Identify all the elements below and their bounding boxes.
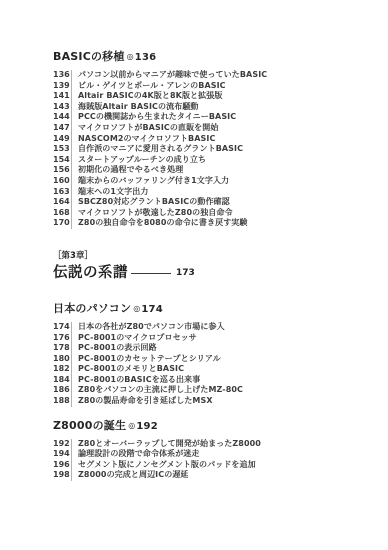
entry-divider (71, 155, 72, 166)
section-entries: 174 日本の各社がZ80でパソコン市場に参入 176 PC-8001のマイクロ… (53, 322, 358, 407)
toc-entry-page: 156 (53, 165, 66, 176)
toc-entry: 149 NASCOM2のマイクロソフトBASIC (53, 134, 358, 145)
entry-divider (71, 364, 72, 375)
toc-entry-title: 日本の各社がZ80でパソコン市場に参入 (78, 322, 225, 333)
entry-divider (71, 112, 72, 123)
toc-entry-page: 147 (53, 123, 66, 134)
section-title: Z8000の誕生 (53, 419, 126, 433)
section-page-marker-icon: ◎ (127, 50, 134, 64)
toc-entry-page: 139 (53, 81, 66, 92)
entry-divider (71, 70, 72, 81)
section-page-marker-icon: ◎ (133, 302, 140, 316)
toc-entry-page: 144 (53, 112, 66, 123)
section-heading: Z8000の誕生 ◎ 192 (53, 419, 358, 434)
toc-entry: 196 セグメント版にノンセグメント版のパッドを追加 (53, 460, 358, 471)
toc-entry-title: Z8000の完成と周辺ICの遅延 (78, 470, 189, 481)
toc-entry-title: 初期化の過程でやるべき処理 (78, 165, 183, 176)
toc-entry-page: 154 (53, 155, 66, 166)
toc-entry-title: マイクロソフトが敬遠したZ80の独自命令 (78, 208, 233, 219)
section-heading: BASICの移植 ◎ 136 (53, 50, 358, 65)
toc-entry-page: 160 (53, 176, 66, 187)
toc-entry: 144 PCCの機関誌から生まれたタイニーBASIC (53, 112, 358, 123)
toc-entry-page: 198 (53, 470, 66, 481)
toc-entry: 174 日本の各社がZ80でパソコン市場に参入 (53, 322, 358, 333)
section-title: 日本のパソコン (53, 302, 131, 316)
toc-entry-title: 自作派のマニアに愛用されるグラントBASIC (78, 144, 243, 155)
toc-entry: 136 パソコン以前からマニアが趣味で使っていたBASIC (53, 70, 358, 81)
toc-entry-title: 端末からのバッファリング付き1文字入力 (78, 176, 229, 187)
toc-entry-title: Z80をパソコンの主流に押し上げたMZ-80C (78, 385, 243, 396)
toc-entry-title: パソコン以前からマニアが趣味で使っていたBASIC (78, 70, 267, 81)
toc-entry-page: 180 (53, 354, 66, 365)
toc-entry-page: 184 (53, 375, 66, 386)
entry-divider (71, 123, 72, 134)
toc-entry-page: 186 (53, 385, 66, 396)
entry-divider (71, 197, 72, 208)
toc-entry-page: 164 (53, 197, 66, 208)
toc-entry-title: PC-8001のBASICを巡る出来事 (78, 375, 200, 386)
entry-divider (71, 449, 72, 460)
toc-entry: 164 SBCZ80対応グラントBASICの動作確認 (53, 197, 358, 208)
toc-entry: 141 Altair BASICの4K版と8K版と拡張版 (53, 91, 358, 102)
entry-divider (71, 343, 72, 354)
toc-entry-page: 168 (53, 208, 66, 219)
entry-divider (71, 385, 72, 396)
toc-entry-page: 188 (53, 396, 66, 407)
entry-divider (71, 460, 72, 471)
toc-entry: 156 初期化の過程でやるべき処理 (53, 165, 358, 176)
chapter-number-label: ［第3章］ (53, 251, 358, 262)
toc-entry-page: 149 (53, 134, 66, 145)
entry-divider (71, 218, 72, 229)
leader-rule (131, 273, 171, 274)
toc-entry-title: Z80の独自命令を8080の命令に書き戻す実験 (78, 218, 248, 229)
section-heading: 日本のパソコン ◎ 174 (53, 302, 358, 317)
toc-entry: 163 端末への1文字出力 (53, 187, 358, 198)
entry-divider (71, 165, 72, 176)
toc-entry: 139 ビル・ゲイツとポール・アレンのBASIC (53, 81, 358, 92)
chapter-title: 伝説の系譜 (53, 263, 128, 283)
toc-entry-page: 176 (53, 333, 66, 344)
toc-entry-title: 論理設計の段階で命令体系が迷走 (78, 449, 200, 460)
toc-entry-page: 194 (53, 449, 66, 460)
chapter-title-line: 伝説の系譜 173 (53, 263, 358, 283)
entry-divider (71, 187, 72, 198)
toc-entry: 178 PC-8001の表示回路 (53, 343, 358, 354)
toc-entry-title: NASCOM2のマイクロソフトBASIC (78, 134, 215, 145)
section-entries: 192 Z80とオーバーラップして開発が始まったZ8000 194 論理設計の段… (53, 439, 358, 481)
toc-entry: 153 自作派のマニアに愛用されるグラントBASIC (53, 144, 358, 155)
entry-divider (71, 354, 72, 365)
toc-entry: 194 論理設計の段階で命令体系が迷走 (53, 449, 358, 460)
toc-entry: 170 Z80の独自命令を8080の命令に書き戻す実験 (53, 218, 358, 229)
toc-section: Z8000の誕生 ◎ 192 192 Z80とオーバーラップして開発が始まったZ… (53, 419, 358, 481)
section-start-page: 174 (141, 303, 162, 317)
toc-entry-title: PC-8001のメモリとBASIC (78, 364, 184, 375)
entry-divider (71, 144, 72, 155)
toc-entry-title: Z80の製品寿命を引き延ばしたMSX (78, 396, 213, 407)
toc-entry-page: 136 (53, 70, 66, 81)
toc-entry-page: 163 (53, 187, 66, 198)
toc-entry: 186 Z80をパソコンの主流に押し上げたMZ-80C (53, 385, 358, 396)
toc-entry-title: ビル・ゲイツとポール・アレンのBASIC (78, 81, 226, 92)
toc-entry-title: Altair BASICの4K版と8K版と拡張版 (78, 91, 222, 102)
entry-divider (71, 208, 72, 219)
entry-divider (71, 322, 72, 333)
toc-entry-page: 141 (53, 91, 66, 102)
chapter-heading-block: ［第3章］ 伝説の系譜 173 (53, 251, 358, 283)
entry-divider (71, 81, 72, 92)
toc-entry-page: 196 (53, 460, 66, 471)
entry-divider (71, 176, 72, 187)
toc-entry-page: 153 (53, 144, 66, 155)
entry-divider (71, 91, 72, 102)
toc-entry: 198 Z8000の完成と周辺ICの遅延 (53, 470, 358, 481)
toc-entry-page: 174 (53, 322, 66, 333)
toc-entry: 160 端末からのバッファリング付き1文字入力 (53, 176, 358, 187)
toc-entry: 168 マイクロソフトが敬遠したZ80の独自命令 (53, 208, 358, 219)
entry-divider (71, 102, 72, 113)
toc-entry-page: 143 (53, 102, 66, 113)
entry-divider (71, 396, 72, 407)
toc-entry: 176 PC-8001のマイクロプロセッサ (53, 333, 358, 344)
toc-entry-title: 端末への1文字出力 (78, 187, 148, 198)
toc-entry: 147 マイクロソフトがBASICの直販を開始 (53, 123, 358, 134)
toc-entry-page: 170 (53, 218, 66, 229)
toc-entry-title: PC-8001のマイクロプロセッサ (78, 333, 197, 344)
toc-entry-title: PC-8001の表示回路 (78, 343, 157, 354)
toc-entry-title: セグメント版にノンセグメント版のパッドを追加 (78, 460, 256, 471)
toc-entry-page: 192 (53, 439, 66, 450)
entry-divider (71, 333, 72, 344)
section-start-page: 136 (135, 51, 156, 65)
toc-entry-page: 178 (53, 343, 66, 354)
section-title: BASICの移植 (53, 50, 125, 64)
entry-divider (71, 375, 72, 386)
toc-blocks: BASICの移植 ◎ 136 136 パソコン以前からマニアが趣味で使っていたB… (53, 50, 358, 481)
toc-entry-title: SBCZ80対応グラントBASICの動作確認 (78, 197, 230, 208)
toc-section: BASICの移植 ◎ 136 136 パソコン以前からマニアが趣味で使っていたB… (53, 50, 358, 229)
toc-section: 日本のパソコン ◎ 174 174 日本の各社がZ80でパソコン市場に参入 17… (53, 302, 358, 407)
toc-entry: 182 PC-8001のメモリとBASIC (53, 364, 358, 375)
toc-entry: 184 PC-8001のBASICを巡る出来事 (53, 375, 358, 386)
entry-divider (71, 439, 72, 450)
chapter-start-page: 173 (176, 268, 195, 278)
section-start-page: 192 (136, 420, 157, 434)
toc-entry: 143 海賊版Altair BASICの流布騒動 (53, 102, 358, 113)
toc-entry: 192 Z80とオーバーラップして開発が始まったZ8000 (53, 439, 358, 450)
entry-divider (71, 470, 72, 481)
toc-entry-title: Z80とオーバーラップして開発が始まったZ8000 (78, 439, 261, 450)
toc-entry-title: PC-8001のカセットテープとシリアル (78, 354, 221, 365)
toc-entry-page: 182 (53, 364, 66, 375)
book-toc-page: BASICの移植 ◎ 136 136 パソコン以前からマニアが趣味で使っていたB… (0, 0, 388, 550)
toc-entry: 188 Z80の製品寿命を引き延ばしたMSX (53, 396, 358, 407)
section-entries: 136 パソコン以前からマニアが趣味で使っていたBASIC 139 ビル・ゲイツ… (53, 70, 358, 229)
toc-entry: 154 スタートアップルーチンの成り立ち (53, 155, 358, 166)
toc-entry-title: スタートアップルーチンの成り立ち (78, 155, 206, 166)
section-page-marker-icon: ◎ (128, 419, 135, 433)
toc-entry-title: 海賊版Altair BASICの流布騒動 (78, 102, 199, 113)
toc-entry: 180 PC-8001のカセットテープとシリアル (53, 354, 358, 365)
entry-divider (71, 134, 72, 145)
toc-entry-title: マイクロソフトがBASICの直販を開始 (78, 123, 218, 134)
toc-entry-title: PCCの機関誌から生まれたタイニーBASIC (78, 112, 236, 123)
